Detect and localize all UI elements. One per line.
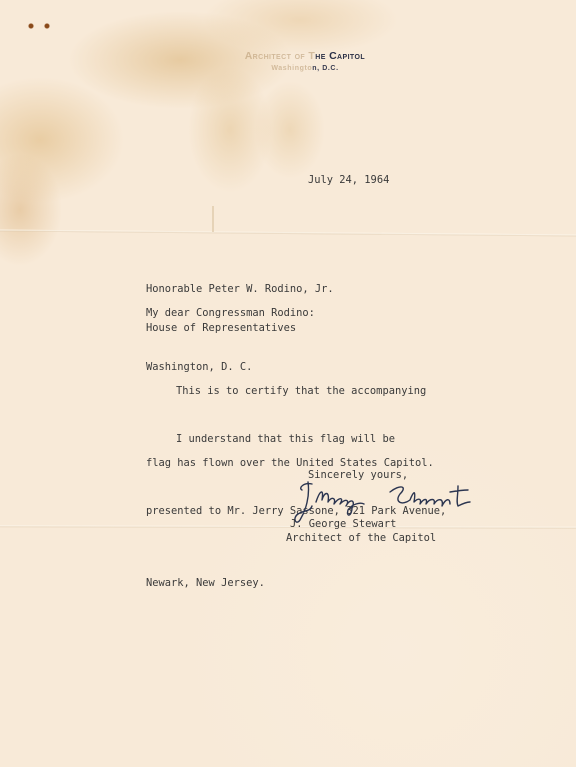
- signer-name: J. George Stewart: [290, 518, 396, 531]
- letterhead: Architect of The Capitol Washington, D.C…: [190, 50, 390, 72]
- letterhead-subtitle-faded: Washingto: [271, 65, 312, 72]
- letterhead-subtitle: Washington, D.C.: [220, 65, 390, 72]
- letterhead-title-clear: he Capitol: [315, 50, 365, 62]
- letterhead-subtitle-clear: n, D.C.: [312, 65, 338, 72]
- salutation: My dear Congressman Rodino:: [146, 307, 315, 320]
- letterhead-title-faded: Architect of T: [245, 50, 316, 62]
- paragraph-line: Newark, New Jersey.: [146, 571, 446, 595]
- paperclip-mark: [212, 206, 214, 232]
- recipient-line: Honorable Peter W. Rodino, Jr.: [146, 283, 334, 296]
- letter-date: July 24, 1964: [308, 174, 389, 187]
- staple-holes: [28, 22, 50, 30]
- signer-title: Architect of the Capitol: [286, 532, 436, 545]
- letterhead-title: Architect of The Capitol: [190, 50, 365, 62]
- paragraph-line: I understand that this flag will be: [146, 427, 446, 451]
